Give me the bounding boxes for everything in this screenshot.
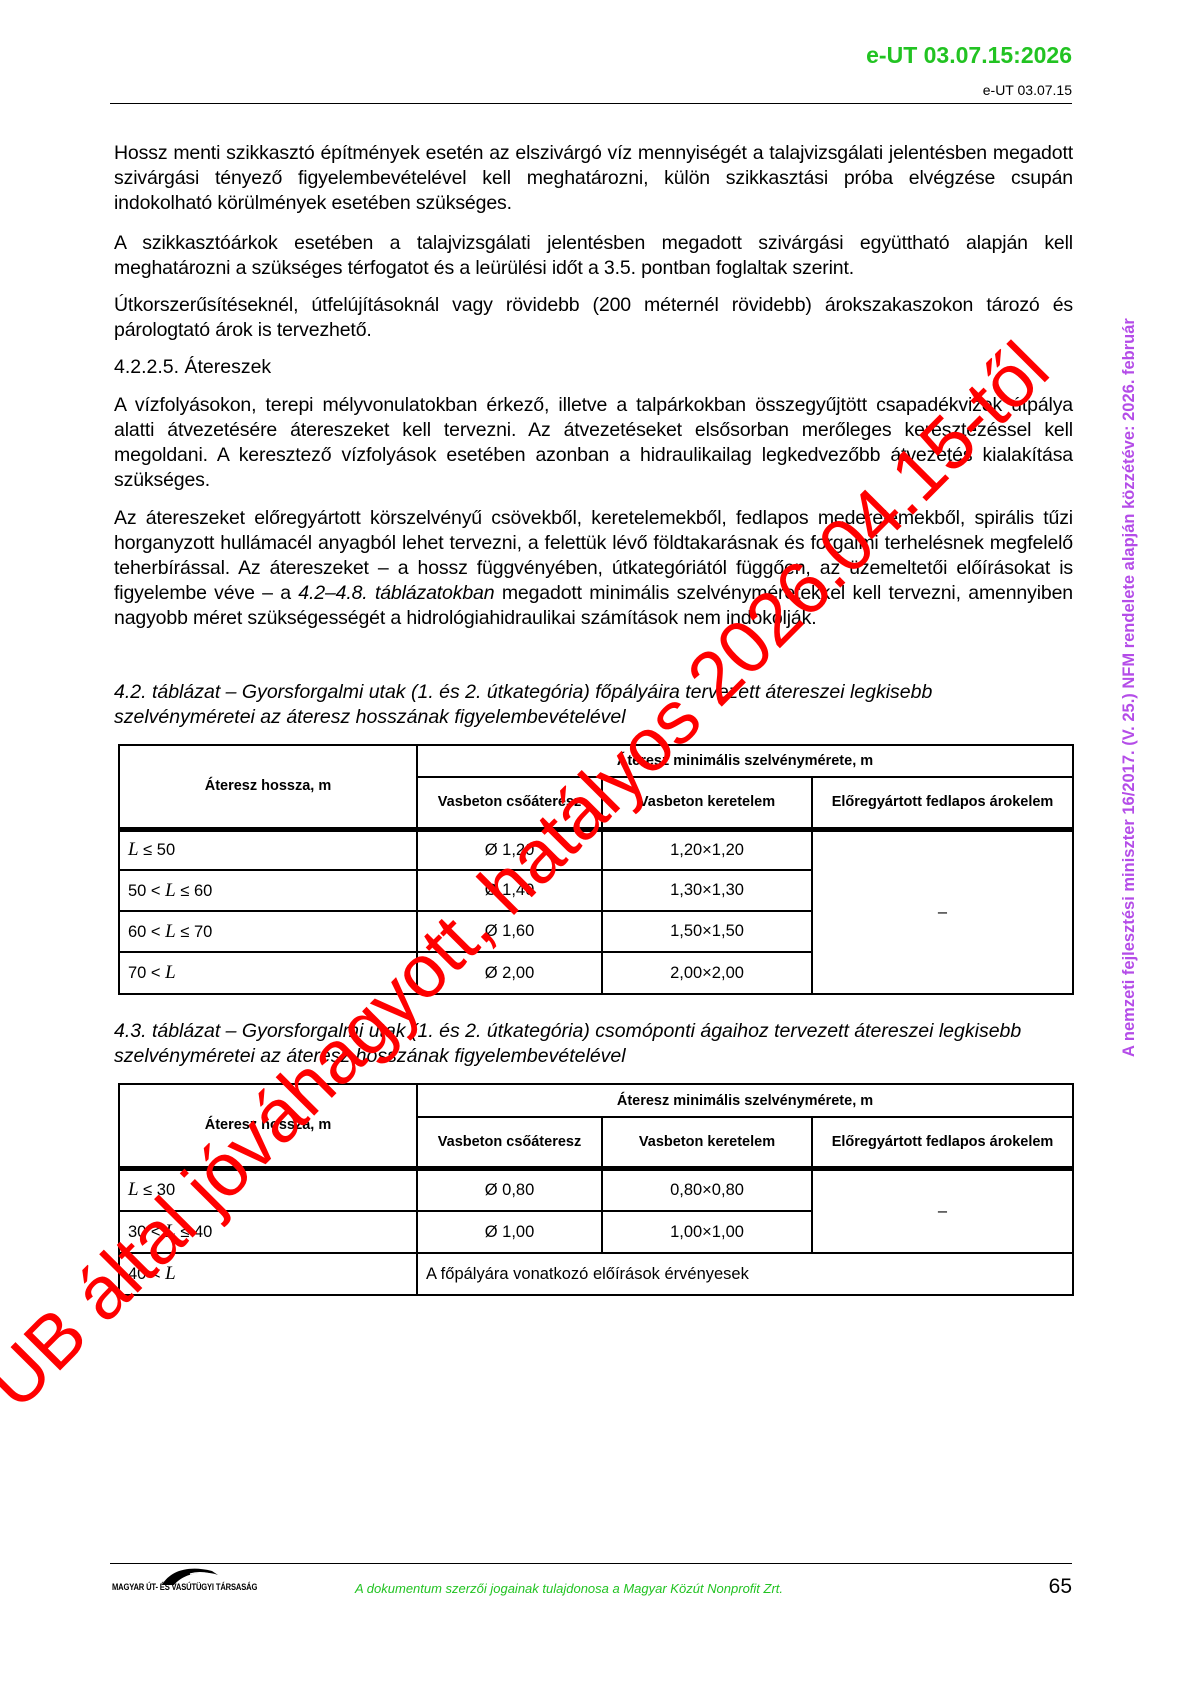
col-header-group: Áteresz minimális szelvénymérete, m xyxy=(417,1084,1073,1117)
ditch-value: – xyxy=(812,829,1073,994)
merged-note: A főpályára vonatkozó előírások érvényes… xyxy=(417,1253,1073,1295)
col-header-ditch: Előregyártott fedlapos árokelem xyxy=(812,1117,1073,1168)
col-header-group: Áteresz minimális szelvénymérete, m xyxy=(417,745,1073,777)
paragraph-2: A szikkasztóárkok esetében a talajvizsgá… xyxy=(114,231,1073,281)
col-header-length: Áteresz hossza, m xyxy=(119,745,417,829)
table-caption-4-3: 4.3. táblázat – Gyorsforgalmi utak (1. é… xyxy=(114,1019,1074,1069)
paragraph-3: Útkorszerűsítéseknél, útfelújításoknál v… xyxy=(114,293,1073,343)
table-reference: 4.2–4.8. táblázatokban xyxy=(298,582,494,604)
document-subcode: e-UT 03.07.15 xyxy=(983,82,1072,98)
document-code: e-UT 03.07.15:2026 xyxy=(866,42,1072,69)
col-header-frame: Vasbeton keretelem xyxy=(602,1117,812,1168)
copyright-note: A dokumentum szerzői jogainak tulajdonos… xyxy=(355,1581,783,1596)
ditch-value: – xyxy=(812,1168,1073,1253)
col-header-pipe: Vasbeton csőáteresz xyxy=(417,1117,602,1168)
header-divider xyxy=(110,103,1072,104)
footer-divider xyxy=(110,1563,1072,1564)
footer-logo-text: MAGYAR ÚT- ÉS VASÚTÜGYI TÁRSASÁG xyxy=(112,1582,257,1593)
table-row: 40 < L A főpályára vonatkozó előírások é… xyxy=(119,1253,1073,1295)
paragraph-5: Az átereszeket előregyártott körszelvény… xyxy=(114,506,1073,631)
section-heading: 4.2.2.5. Átereszek xyxy=(114,355,271,380)
page-number: 65 xyxy=(1049,1575,1072,1599)
col-header-ditch: Előregyártott fedlapos árokelem xyxy=(812,777,1073,829)
paragraph-1: Hossz menti szikkasztó építmények esetén… xyxy=(114,141,1073,216)
table-caption-4-2: 4.2. táblázat – Gyorsforgalmi utak (1. é… xyxy=(114,680,1074,730)
